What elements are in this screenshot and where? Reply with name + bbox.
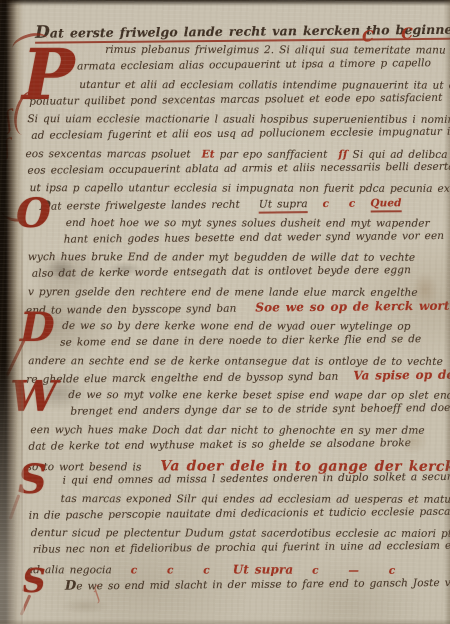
red-heading-end-marks: C C xyxy=(361,24,413,46)
ut-supra-rubric: Ut supra xyxy=(233,562,293,576)
text-segment: se kome end se dane in dere noede to die… xyxy=(60,333,421,348)
text-line: in die pasche perscopie nauitate dmi ded… xyxy=(29,505,449,526)
text-segment: ribus nec non et fidelioribus de prochia… xyxy=(33,540,450,556)
text-line: ad ecclesiam fugerint et alii eos usq ad… xyxy=(31,126,447,147)
text-segment: utantur et alii ad ecclesiam collatis in… xyxy=(79,78,450,91)
text-segment: e we so end mid slacht in der misse to f… xyxy=(76,577,450,593)
lombard-initial-P: P xyxy=(22,40,75,110)
text-segment: armata ecclesiam alias occupauerint ut i… xyxy=(77,57,431,72)
text-line: De we so end mid slacht in der misse to … xyxy=(65,575,449,596)
text-segment: Si qui uiam ecclesie mactionarie l asual… xyxy=(27,113,450,126)
text-line: re ghelde elue marck engelthe end de bys… xyxy=(26,367,448,388)
page-bottom-edge xyxy=(0,619,450,624)
red-squiggle-marks: c — c xyxy=(312,564,395,576)
versal-initial: D xyxy=(65,578,77,593)
rubric-spise: Va spise op de ket xyxy=(353,367,450,382)
text-line: polluatur quilibet pond sexcentas marcas… xyxy=(29,91,447,112)
lombard-initial-D: D xyxy=(20,308,55,348)
text-line: hant enich godes hues besette end dat we… xyxy=(64,230,448,251)
red-squiggle-marks: c c c xyxy=(131,564,210,576)
text-line: dat de kerke tot end wythuse maket is so… xyxy=(28,436,448,457)
text-segment: rimus plebanus friwelgimus 2. Si aliqui … xyxy=(105,44,446,57)
text-segment: end hoet hoe we so myt synes solues dush… xyxy=(66,216,430,229)
parchment-stain xyxy=(60,598,110,614)
subheading-line: Dat eerste friwelgeste landes recht Ut s… xyxy=(40,195,448,216)
page-top-edge xyxy=(0,0,450,6)
text-line: i qui end omnes ad missa l sedentes onde… xyxy=(63,471,449,492)
text-segment: also dat de kerke worde entsegath dat is… xyxy=(32,264,411,280)
text-segment: tas marcas exponed Silr qui endes ad ecc… xyxy=(61,493,450,506)
text-segment: Si qui ad delibca xyxy=(353,148,448,160)
text-line: brenget end anders dynge dar se to de st… xyxy=(70,402,448,423)
text-segment: andere an sechte end se de kerke ontanse… xyxy=(28,355,443,368)
red-capital: Et xyxy=(202,148,215,160)
ut-supra-note: Ut supra xyxy=(259,198,308,213)
text-segment: dentur sicud pe plectentur Dudum gstat s… xyxy=(31,527,450,540)
lombard-initial-S-small: S xyxy=(22,564,46,597)
text-line: ribus nec non et fidelioribus de prochia… xyxy=(33,540,449,561)
subheading-text: at eerste friwelgeste landes recht xyxy=(51,199,240,213)
text-segment: wych hues bruke End de ander myt begudde… xyxy=(28,251,415,264)
text-segment: brenget end anders dynge dar se to de st… xyxy=(70,402,450,418)
text-segment: re ghelde elue marck engelthe end de bys… xyxy=(26,370,338,385)
red-stroke-mark: ſſ xyxy=(338,148,347,160)
text-line: se kome end se dane in dere noede to die… xyxy=(60,333,448,354)
red-squiggle-marks: c c xyxy=(323,198,356,210)
text-segment: v pyren gselde den rechtere end de mene … xyxy=(28,286,418,299)
text-line: eos ecclesiam occupauerint ablata ad arm… xyxy=(27,160,447,181)
rubric-kerkhof: Soe we so op de kerck wort pagz xyxy=(255,298,450,314)
text-segment: eos sexcentas marcas psoluet xyxy=(25,148,190,160)
text-segment: een wych hues make Doch dat dar nicht to… xyxy=(30,424,424,437)
text-segment: i qui end omnes ad missa l sedentes onde… xyxy=(63,471,450,487)
text-segment: ut ipsa p capello utantur ecclesia si im… xyxy=(30,182,450,195)
text-line: also dat de kerke worde entsegath dat is… xyxy=(32,264,448,285)
manuscript-photo: Dat eerste friwelgo lande recht van kerc… xyxy=(0,0,450,624)
binding-edge-fade xyxy=(0,362,24,624)
page-right-edge xyxy=(444,0,450,624)
text-line: end to wande den bysscope synd ban Soe w… xyxy=(26,298,448,319)
manuscript-text-block: Dat eerste friwelgo lande recht van kerc… xyxy=(25,21,449,595)
text-segment: de we so by dere kerke wone end de wyad … xyxy=(62,320,411,333)
text-segment: end to wande den bysscope synd ban xyxy=(26,302,237,316)
catchword: Qued xyxy=(370,197,401,212)
text-segment: par epo sanffacient xyxy=(220,148,328,160)
text-line: armata ecclesiam alias occupauerint ut i… xyxy=(77,57,447,78)
text-segment: de we so myt volke ene kerke beset spise… xyxy=(68,389,450,402)
